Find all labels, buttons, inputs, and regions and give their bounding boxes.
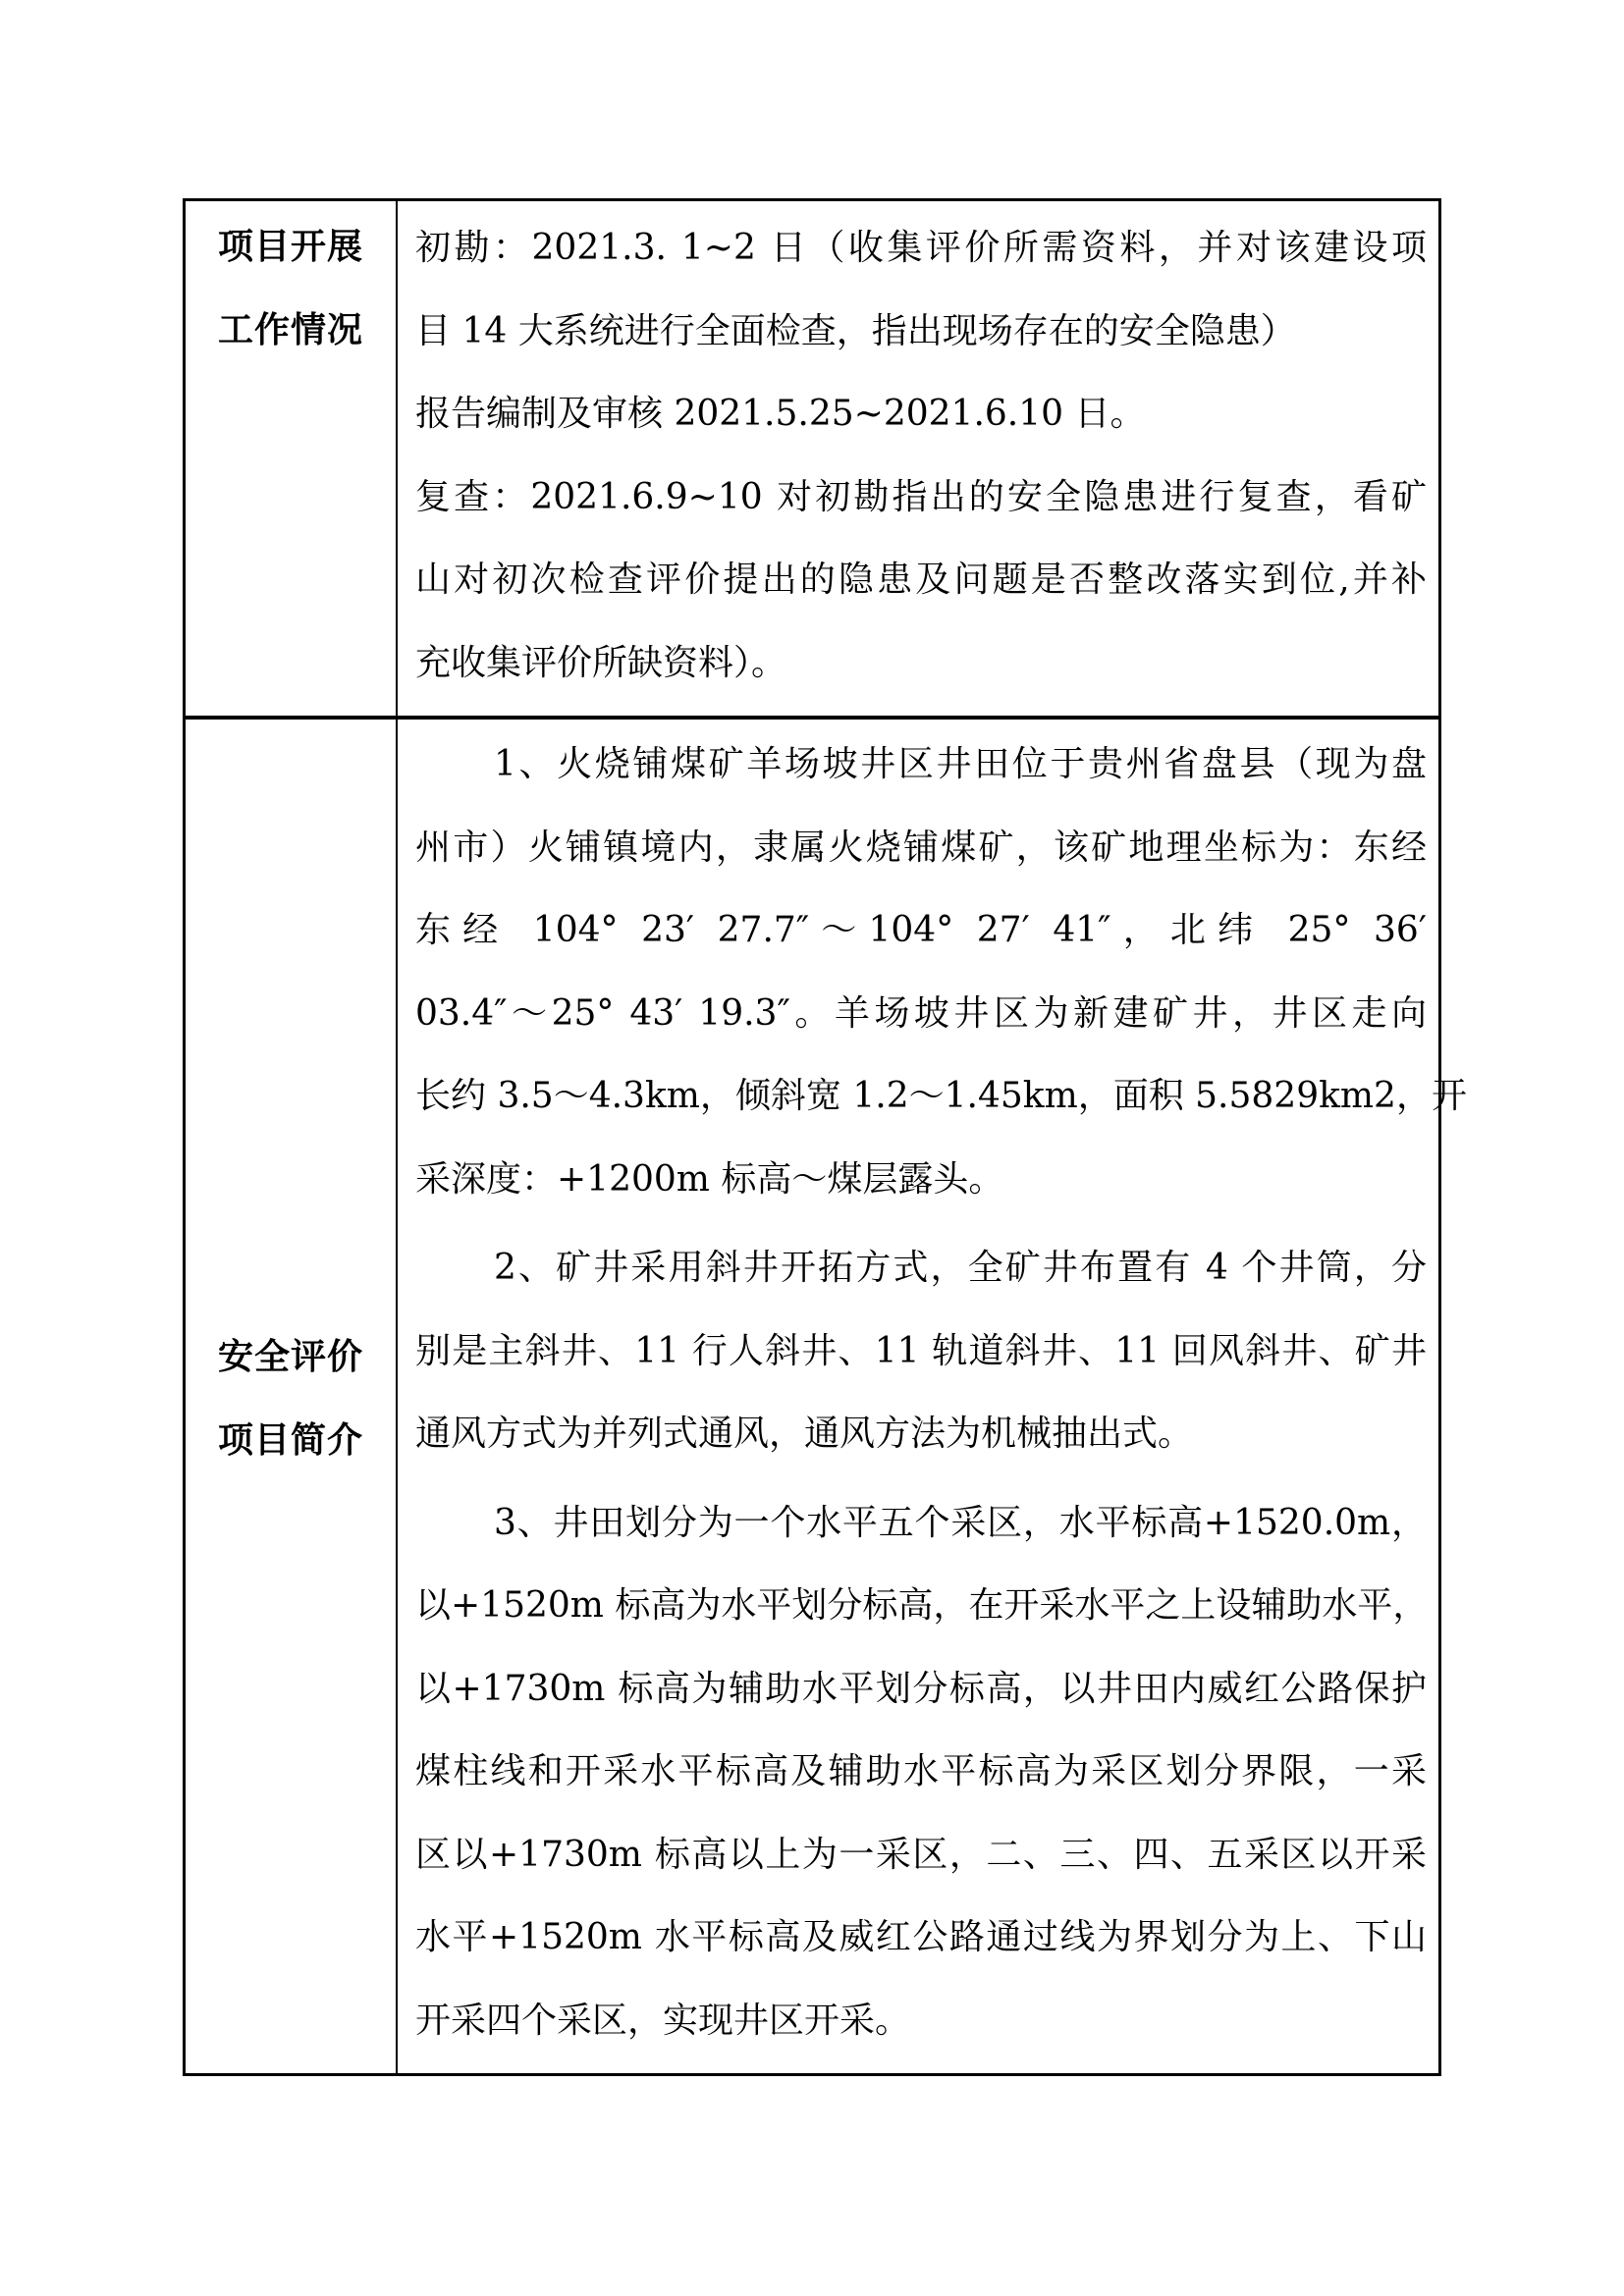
paragraph-initial-survey: 初勘：2021.3. 1~2 日（收集评价所需资料，并对该建设项 目 14 大系…: [415, 207, 1427, 373]
paragraph-review: 复查：2021.6.9~10 对初勘指出的安全隐患进行复查，看矿 山对初次检查评…: [415, 456, 1427, 706]
text-line: 区以+1730m 标高以上为一采区，二、三、四、五采区以开采: [415, 1814, 1427, 1897]
text-line: 开采四个采区，实现井区开采。: [415, 1980, 1427, 2063]
text-line: 煤柱线和开采水平标高及辅助水平标高为采区划分界限，一采: [415, 1731, 1427, 1814]
text-line: 复查：2021.6.9~10 对初勘指出的安全隐患进行复查，看矿: [415, 456, 1427, 540]
text-line: 初勘：2021.3. 1~2 日（收集评价所需资料，并对该建设项: [415, 207, 1427, 291]
text-line: 东经 104° 23′ 27.7″～104° 27′ 41″，北纬 25° 36…: [415, 889, 1427, 973]
label-line: 工作情况: [186, 289, 396, 372]
text-line: 长约 3.5～4.3km，倾斜宽 1.2～1.45km，面积 5.5829km2…: [415, 1055, 1427, 1139]
text-line: 以+1520m 标高为水平划分标高，在开采水平之上设辅助水平，: [415, 1565, 1427, 1648]
label-line: 项目开展: [186, 205, 396, 289]
paragraph-2-development: 2、矿井采用斜井开拓方式，全矿井布置有 4 个井筒，分 别是主斜井、11 行人斜…: [415, 1227, 1427, 1476]
row-label-project-summary: 安全评价 项目简介: [186, 1315, 396, 1481]
column-divider: [396, 201, 398, 2073]
text-line: 3、井田划分为一个水平五个采区，水平标高+1520.0m，: [415, 1482, 1427, 1566]
label-line: 安全评价: [186, 1315, 396, 1399]
text-line: 2、矿井采用斜井开拓方式，全矿井布置有 4 个井筒，分: [415, 1227, 1427, 1310]
text-line: 报告编制及审核 2021.5.25~2021.6.10 日。: [415, 373, 1427, 456]
text-line: 水平+1520m 水平标高及威红公路通过线为界划分为上、下山: [415, 1896, 1427, 1980]
paragraph-1-location: 1、火烧铺煤矿羊场坡井区井田位于贵州省盘县（现为盘 州市）火铺镇境内，隶属火烧铺…: [415, 723, 1427, 1221]
info-table: 项目开展 工作情况 初勘：2021.3. 1~2 日（收集评价所需资料，并对该建…: [183, 198, 1441, 2076]
text-line: 州市）火铺镇境内，隶属火烧铺煤矿，该矿地理坐标为：东经: [415, 807, 1427, 890]
row-divider: [186, 716, 1438, 720]
text-line: 以+1730m 标高为辅助水平划分标高，以井田内威红公路保护: [415, 1648, 1427, 1732]
label-line: 项目简介: [186, 1399, 396, 1482]
paragraph-report-compilation: 报告编制及审核 2021.5.25~2021.6.10 日。: [415, 373, 1427, 456]
text-line: 通风方式为并列式通风，通风方法为机械抽出式。: [415, 1393, 1427, 1476]
text-line: 1、火烧铺煤矿羊场坡井区井田位于贵州省盘县（现为盘: [415, 723, 1427, 807]
text-line: 03.4″～25° 43′ 19.3″。羊场坡井区为新建矿井，井区走向: [415, 973, 1427, 1056]
cell-work-status: 初勘：2021.3. 1~2 日（收集评价所需资料，并对该建设项 目 14 大系…: [415, 207, 1427, 705]
paragraph-3-mining-areas: 3、井田划分为一个水平五个采区，水平标高+1520.0m， 以+1520m 标高…: [415, 1482, 1427, 2063]
text-line: 目 14 大系统进行全面检查，指出现场存在的安全隐患）: [415, 291, 1427, 374]
row-label-work-status: 项目开展 工作情况: [186, 205, 396, 371]
text-line: 别是主斜井、11 行人斜井、11 轨道斜井、11 回风斜井、矿井: [415, 1310, 1427, 1394]
cell-project-summary: 1、火烧铺煤矿羊场坡井区井田位于贵州省盘县（现为盘 州市）火铺镇境内，隶属火烧铺…: [415, 723, 1427, 2062]
text-line: 山对初次检查评价提出的隐患及问题是否整改落实到位,并补: [415, 539, 1427, 622]
text-line: 充收集评价所缺资料）。: [415, 622, 1427, 706]
text-line: 采深度：+1200m 标高～煤层露头。: [415, 1139, 1427, 1222]
